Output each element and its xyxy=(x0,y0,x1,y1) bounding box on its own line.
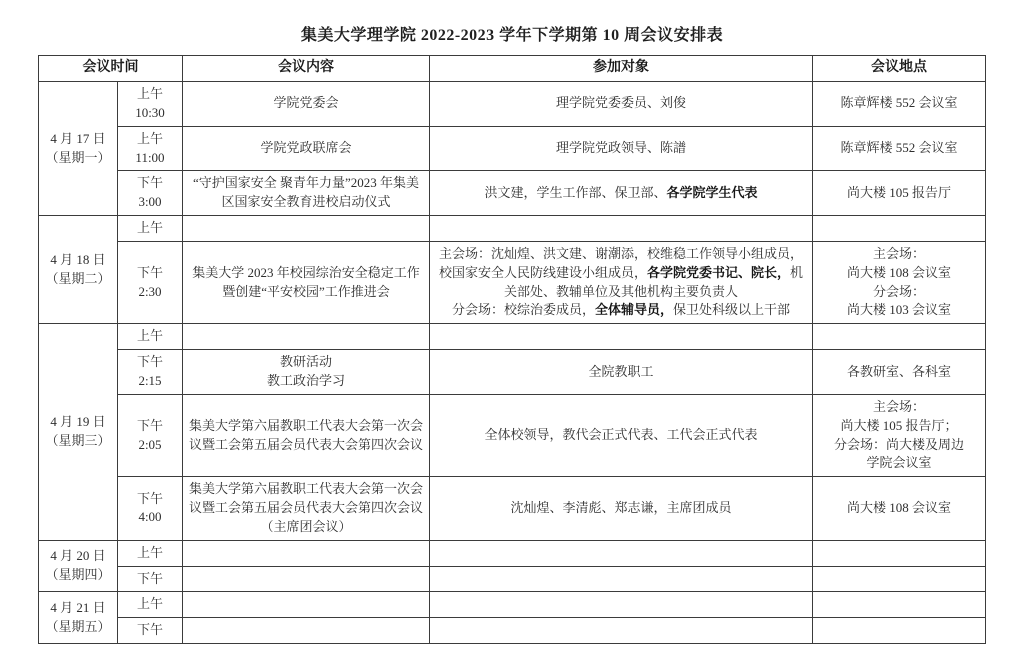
participants-cell xyxy=(430,566,813,592)
text-segment: 集美大学第六届教职工代表大会第一次会议暨工会第五届会员代表大会第四次会议 xyxy=(189,418,423,452)
location-cell: 主会场： 尚大楼 105 报告厅； 分会场：尚大楼及周边 学院会议室 xyxy=(813,394,986,476)
time-cell: 上午 11:00 xyxy=(118,126,183,171)
table-row: 下午 2:15教研活动 教工政治学习全院教职工各教研室、各科室 xyxy=(39,350,986,395)
text-segment: 下午 xyxy=(137,571,163,586)
schedule-table-body: 4 月 17 日 （星期一）上午 10:30学院党委会理学院党委委员、刘俊陈章辉… xyxy=(39,82,986,644)
text-segment: 理学院党委委员、刘俊 xyxy=(556,95,686,110)
text-segment: 下午 3:00 xyxy=(137,175,163,209)
table-row: 下午 3:00“守护国家安全 聚青年力量”2023 年集美区国家安全教育进校启动… xyxy=(39,171,986,216)
content-cell xyxy=(183,566,430,592)
time-cell: 上午 10:30 xyxy=(118,82,183,127)
text-segment: 集美大学第六届教职工代表大会第一次会议暨工会第五届会员代表大会第四次会议（主席团… xyxy=(189,481,423,534)
time-cell: 上午 xyxy=(118,540,183,566)
table-row: 上午 11:00学院党政联席会理学院党政领导、陈譜陈章辉楼 552 会议室 xyxy=(39,126,986,171)
text-segment: 上午 11:00 xyxy=(135,131,164,165)
text-segment: 陈章辉楼 552 会议室 xyxy=(840,95,957,110)
text-segment: 教研活动 教工政治学习 xyxy=(267,354,345,388)
date-cell: 4 月 19 日 （星期三） xyxy=(39,324,118,540)
text-segment: 陈章辉楼 552 会议室 xyxy=(840,140,957,155)
text-segment: 下午 2:15 xyxy=(137,354,163,388)
text-segment: 尚大楼 108 会议室 xyxy=(847,500,951,515)
time-cell: 下午 2:15 xyxy=(118,350,183,395)
text-segment: 尚大楼 105 报告厅 xyxy=(847,185,951,200)
time-cell: 下午 2:05 xyxy=(118,394,183,476)
header-participants: 参加对象 xyxy=(430,56,813,82)
table-header-row: 会议时间 会议内容 参加对象 会议地点 xyxy=(39,56,986,82)
date-cell: 4 月 21 日 （星期五） xyxy=(39,592,118,644)
time-cell: 上午 xyxy=(118,216,183,242)
text-segment: 沈灿煌、李清彪、郑志谦，主席团成员 xyxy=(510,500,731,515)
text-segment: 上午 xyxy=(137,596,163,611)
text-segment: 下午 2:05 xyxy=(137,418,163,452)
text-segment: 下午 2:30 xyxy=(137,265,163,299)
location-cell xyxy=(813,592,986,618)
meeting-schedule-table: 会议时间 会议内容 参加对象 会议地点 4 月 17 日 （星期一）上午 10:… xyxy=(38,55,986,644)
location-cell: 各教研室、各科室 xyxy=(813,350,986,395)
document-page: 集美大学理学院 2022-2023 学年下学期第 10 周会议安排表 会议时间 … xyxy=(0,0,1024,645)
participants-cell: 全院教职工 xyxy=(430,350,813,395)
content-cell xyxy=(183,540,430,566)
content-cell xyxy=(183,592,430,618)
text-segment: 集美大学 2023 年校园综治安全稳定工作暨创建“平安校园”工作推进会 xyxy=(192,265,420,299)
location-cell xyxy=(813,618,986,644)
bold-text-segment: 全体辅导员， xyxy=(595,302,673,317)
text-segment: 上午 xyxy=(137,545,163,560)
content-cell xyxy=(183,216,430,242)
text-segment: 学院党政联席会 xyxy=(260,140,351,155)
participants-cell: 全体校领导，教代会正式代表、工代会正式代表 xyxy=(430,394,813,476)
text-segment: 全院教职工 xyxy=(588,364,653,379)
participants-cell: 主会场：沈灿煌、洪文建、谢潮添，校维稳工作领导小组成员，校国家安全人民防线建设小… xyxy=(430,241,813,323)
location-cell xyxy=(813,216,986,242)
participants-cell xyxy=(430,618,813,644)
text-segment: “守护国家安全 聚青年力量”2023 年集美区国家安全教育进校启动仪式 xyxy=(193,175,419,209)
content-cell: 教研活动 教工政治学习 xyxy=(183,350,430,395)
table-row: 4 月 18 日 （星期二）上午 xyxy=(39,216,986,242)
header-meeting-time: 会议时间 xyxy=(39,56,183,82)
text-segment: 上午 xyxy=(137,220,163,235)
content-cell: 学院党委会 xyxy=(183,82,430,127)
text-segment: 各教研室、各科室 xyxy=(847,364,951,379)
participants-cell xyxy=(430,216,813,242)
location-cell xyxy=(813,324,986,350)
table-row: 4 月 19 日 （星期三）上午 xyxy=(39,324,986,350)
date-cell: 4 月 20 日 （星期四） xyxy=(39,540,118,592)
text-segment: 洪文建，学生工作部、保卫部、 xyxy=(484,185,666,200)
content-cell xyxy=(183,324,430,350)
location-cell: 陈章辉楼 552 会议室 xyxy=(813,126,986,171)
time-cell: 下午 xyxy=(118,566,183,592)
date-cell: 4 月 18 日 （星期二） xyxy=(39,216,118,324)
text-segment: 主会场： 尚大楼 108 会议室 分会场： 尚大楼 103 会议室 xyxy=(847,246,951,318)
time-cell: 下午 4:00 xyxy=(118,477,183,541)
time-cell: 上午 xyxy=(118,592,183,618)
location-cell: 尚大楼 105 报告厅 xyxy=(813,171,986,216)
participants-cell xyxy=(430,324,813,350)
location-cell: 主会场： 尚大楼 108 会议室 分会场： 尚大楼 103 会议室 xyxy=(813,241,986,323)
text-segment: 理学院党政领导、陈譜 xyxy=(556,140,686,155)
table-row: 下午 xyxy=(39,618,986,644)
text-segment: 下午 4:00 xyxy=(137,491,163,525)
header-location: 会议地点 xyxy=(813,56,986,82)
time-cell: 下午 xyxy=(118,618,183,644)
table-row: 4 月 20 日 （星期四）上午 xyxy=(39,540,986,566)
table-row: 下午 2:05集美大学第六届教职工代表大会第一次会议暨工会第五届会员代表大会第四… xyxy=(39,394,986,476)
content-cell xyxy=(183,618,430,644)
table-row: 下午 2:30集美大学 2023 年校园综治安全稳定工作暨创建“平安校园”工作推… xyxy=(39,241,986,323)
table-row: 下午 xyxy=(39,566,986,592)
page-title: 集美大学理学院 2022-2023 学年下学期第 10 周会议安排表 xyxy=(0,0,1024,45)
table-row: 4 月 17 日 （星期一）上午 10:30学院党委会理学院党委委员、刘俊陈章辉… xyxy=(39,82,986,127)
text-segment: 学院党委会 xyxy=(273,95,338,110)
bold-text-segment: 各学院党委书记、院长， xyxy=(647,265,790,280)
location-cell xyxy=(813,540,986,566)
location-cell xyxy=(813,566,986,592)
participants-cell: 洪文建，学生工作部、保卫部、各学院学生代表 xyxy=(430,171,813,216)
participants-cell xyxy=(430,592,813,618)
text-segment: 保卫处科级以上干部 xyxy=(673,302,790,317)
text-segment: 上午 10:30 xyxy=(135,86,165,120)
date-cell: 4 月 17 日 （星期一） xyxy=(39,82,118,216)
location-cell: 陈章辉楼 552 会议室 xyxy=(813,82,986,127)
text-segment: 下午 xyxy=(137,622,163,637)
table-row: 4 月 21 日 （星期五）上午 xyxy=(39,592,986,618)
text-segment: 全体校领导，教代会正式代表、工代会正式代表 xyxy=(484,427,757,442)
participants-cell: 沈灿煌、李清彪、郑志谦，主席团成员 xyxy=(430,477,813,541)
content-cell: 集美大学第六届教职工代表大会第一次会议暨工会第五届会员代表大会第四次会议 xyxy=(183,394,430,476)
time-cell: 下午 2:30 xyxy=(118,241,183,323)
location-cell: 尚大楼 108 会议室 xyxy=(813,477,986,541)
header-meeting-content: 会议内容 xyxy=(183,56,430,82)
content-cell: 学院党政联席会 xyxy=(183,126,430,171)
text-segment: 上午 xyxy=(137,328,163,343)
participants-cell xyxy=(430,540,813,566)
content-cell: 集美大学第六届教职工代表大会第一次会议暨工会第五届会员代表大会第四次会议（主席团… xyxy=(183,477,430,541)
participants-cell: 理学院党政领导、陈譜 xyxy=(430,126,813,171)
text-segment: 主会场： 尚大楼 105 报告厅； 分会场：尚大楼及周边 学院会议室 xyxy=(834,399,964,471)
time-cell: 下午 3:00 xyxy=(118,171,183,216)
time-cell: 上午 xyxy=(118,324,183,350)
table-row: 下午 4:00集美大学第六届教职工代表大会第一次会议暨工会第五届会员代表大会第四… xyxy=(39,477,986,541)
content-cell: “守护国家安全 聚青年力量”2023 年集美区国家安全教育进校启动仪式 xyxy=(183,171,430,216)
participants-cell: 理学院党委委员、刘俊 xyxy=(430,82,813,127)
bold-text-segment: 各学院学生代表 xyxy=(667,185,758,200)
content-cell: 集美大学 2023 年校园综治安全稳定工作暨创建“平安校园”工作推进会 xyxy=(183,241,430,323)
